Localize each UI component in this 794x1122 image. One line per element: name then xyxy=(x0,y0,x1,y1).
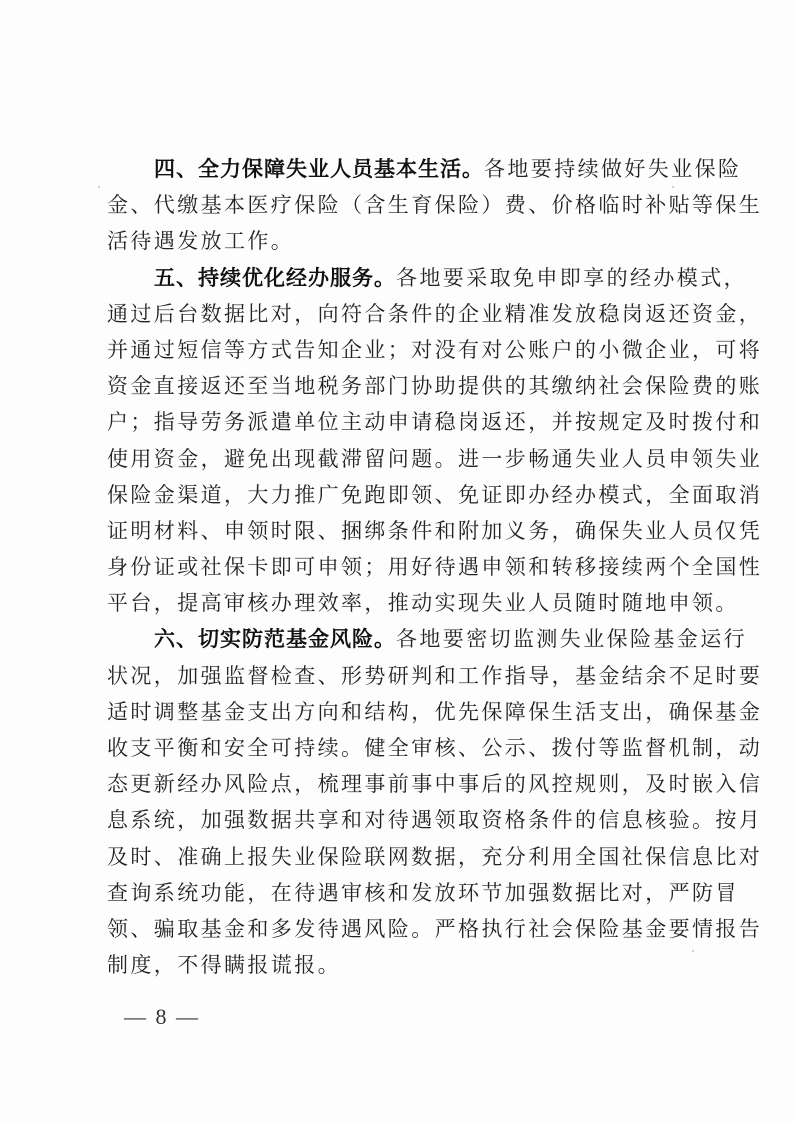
scan-speck xyxy=(400,527,402,529)
document-body: 四、全力保障失业人员基本生活。各地要持续做好失业保险 金、代缴基本医疗保险（含生… xyxy=(107,151,679,983)
scan-speck xyxy=(672,186,674,188)
paragraph-line: 平台，提高审核办理效率，推动实现失业人员随时随地申领。 xyxy=(107,585,679,621)
paragraph-line: 四、全力保障失业人员基本生活。各地要持续做好失业保险 xyxy=(107,151,679,187)
scan-speck xyxy=(383,739,385,741)
paragraph-line: 身份证或社保卡即可申领；用好待遇申领和转移接续两个全国性 xyxy=(107,549,679,585)
paragraph-line: 及时、准确上报失业保险联网数据，充分利用全国社保信息比对 xyxy=(107,839,679,875)
section-text: 各地要采取免申即享的经办模式， xyxy=(396,266,747,290)
section-text: 各地要密切监测失业保险基金运行 xyxy=(396,627,747,651)
paragraph-line: 使用资金，避免出现截滞留问题。进一步畅通失业人员申领失业 xyxy=(107,441,679,477)
paragraph-line: 状况，加强监督检查、形势研判和工作指导，基金结余不足时要 xyxy=(107,658,679,694)
paragraph-line: 资金直接返还至当地税务部门协助提供的其缴纳社会保险费的账 xyxy=(107,368,679,404)
paragraph-line: 适时调整基金支出方向和结构，优先保障保生活支出，确保基金 xyxy=(107,694,679,730)
paragraph-line: 制度，不得瞒报谎报。 xyxy=(107,947,679,983)
paragraph-line: 证明材料、申领时限、捆绑条件和附加义务，确保失业人员仅凭 xyxy=(107,513,679,549)
scan-speck xyxy=(692,950,694,952)
paragraph-line: 态更新经办风险点，梳理事前事中事后的风控规则，及时嵌入信 xyxy=(107,766,679,802)
paragraph-line: 通过后台数据比对，向符合条件的企业精准发放稳岗返还资金， xyxy=(107,296,679,332)
paragraph-line: 户；指导劳务派遣单位主动申请稳岗返还，并按规定及时拨付和 xyxy=(107,404,679,440)
paragraph-line: 领、骗取基金和多发待遇风险。严格执行社会保险基金要情报告 xyxy=(107,911,679,947)
section-heading-6: 六、切实防范基金风险。 xyxy=(154,627,396,651)
document-page: 四、全力保障失业人员基本生活。各地要持续做好失业保险 金、代缴基本医疗保险（含生… xyxy=(0,0,794,1122)
paragraph-line: 保险金渠道，大力推广免跑即领、免证即办经办模式，全面取消 xyxy=(107,477,679,513)
paragraph-line: 活待遇发放工作。 xyxy=(107,223,679,259)
scan-speck xyxy=(224,593,226,595)
paragraph-line: 查询系统功能，在待遇审核和发放环节加强数据比对，严防冒 xyxy=(107,875,679,911)
paragraph-line: 六、切实防范基金风险。各地要密切监测失业保险基金运行 xyxy=(107,621,679,657)
section-heading-4: 四、全力保障失业人员基本生活。 xyxy=(154,157,484,181)
section-heading-5: 五、持续优化经办服务。 xyxy=(154,266,396,290)
paragraph-line: 并通过短信等方式告知企业；对没有对公账户的小微企业，可将 xyxy=(107,332,679,368)
section-text: 各地要持续做好失业保险 xyxy=(484,157,741,181)
paragraph-line: 五、持续优化经办服务。各地要采取免申即享的经办模式， xyxy=(107,260,679,296)
paragraph-line: 收支平衡和安全可持续。健全审核、公示、拨付等监督机制，动 xyxy=(107,730,679,766)
paragraph-line: 息系统，加强数据共享和对待遇领取资格条件的信息核验。按月 xyxy=(107,802,679,838)
paragraph-line: 金、代缴基本医疗保险（含生育保险）费、价格临时补贴等保生 xyxy=(107,187,679,223)
scan-speck xyxy=(98,186,100,188)
page-number: — 8 — xyxy=(124,1004,200,1030)
